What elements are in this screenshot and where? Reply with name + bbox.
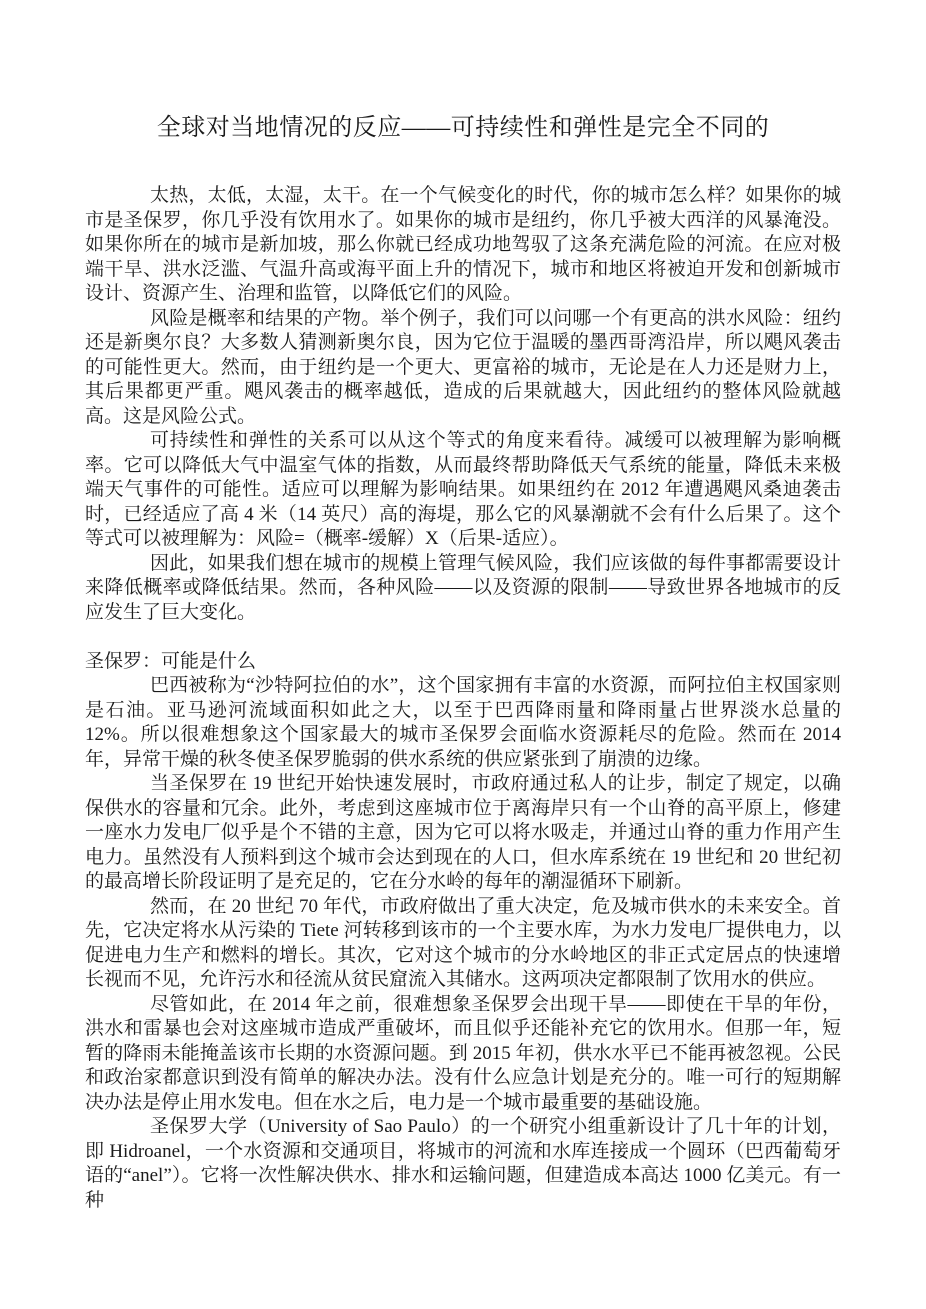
paragraph-intro-2: 风险是概率和结果的产物。举个例子，我们可以问哪一个有更高的洪水风险：纽约还是新奥… (85, 307, 841, 430)
paragraph-section-5: 圣保罗大学（University of Sao Paulo）的一个研究小组重新设… (85, 1115, 841, 1213)
paragraph-intro-4: 因此，如果我们想在城市的规模上管理气候风险，我们应该做的每件事都需要设计来降低概… (85, 552, 841, 626)
paragraph-section-3: 然而，在 20 世纪 70 年代，市政府做出了重大决定，危及城市供水的未来安全。… (85, 895, 841, 993)
document-page: 全球对当地情况的反应——可持续性和弹性是完全不同的 太热，太低，太湿，太干。在一… (0, 0, 926, 1309)
paragraph-section-4: 尽管如此，在 2014 年之前，很难想象圣保罗会出现干旱——即使在干旱的年份，洪… (85, 993, 841, 1116)
paragraph-section-1: 巴西被称为“沙特阿拉伯的水”，这个国家拥有丰富的水资源，而阿拉伯主权国家则是石油… (85, 674, 841, 772)
section-heading-sao-paulo: 圣保罗：可能是什么 (85, 650, 841, 675)
paragraph-section-2: 当圣保罗在 19 世纪开始快速发展时，市政府通过私人的让步，制定了规定，以确保供… (85, 772, 841, 895)
paragraph-intro-3: 可持续性和弹性的关系可以从这个等式的角度来看待。减缓可以被理解为影响概率。它可以… (85, 429, 841, 552)
paragraph-intro-1: 太热，太低，太湿，太干。在一个气候变化的时代，你的城市怎么样？如果你的城市是圣保… (85, 184, 841, 307)
document-content: 全球对当地情况的反应——可持续性和弹性是完全不同的 太热，太低，太湿，太干。在一… (0, 112, 926, 1213)
document-title: 全球对当地情况的反应——可持续性和弹性是完全不同的 (85, 112, 841, 144)
